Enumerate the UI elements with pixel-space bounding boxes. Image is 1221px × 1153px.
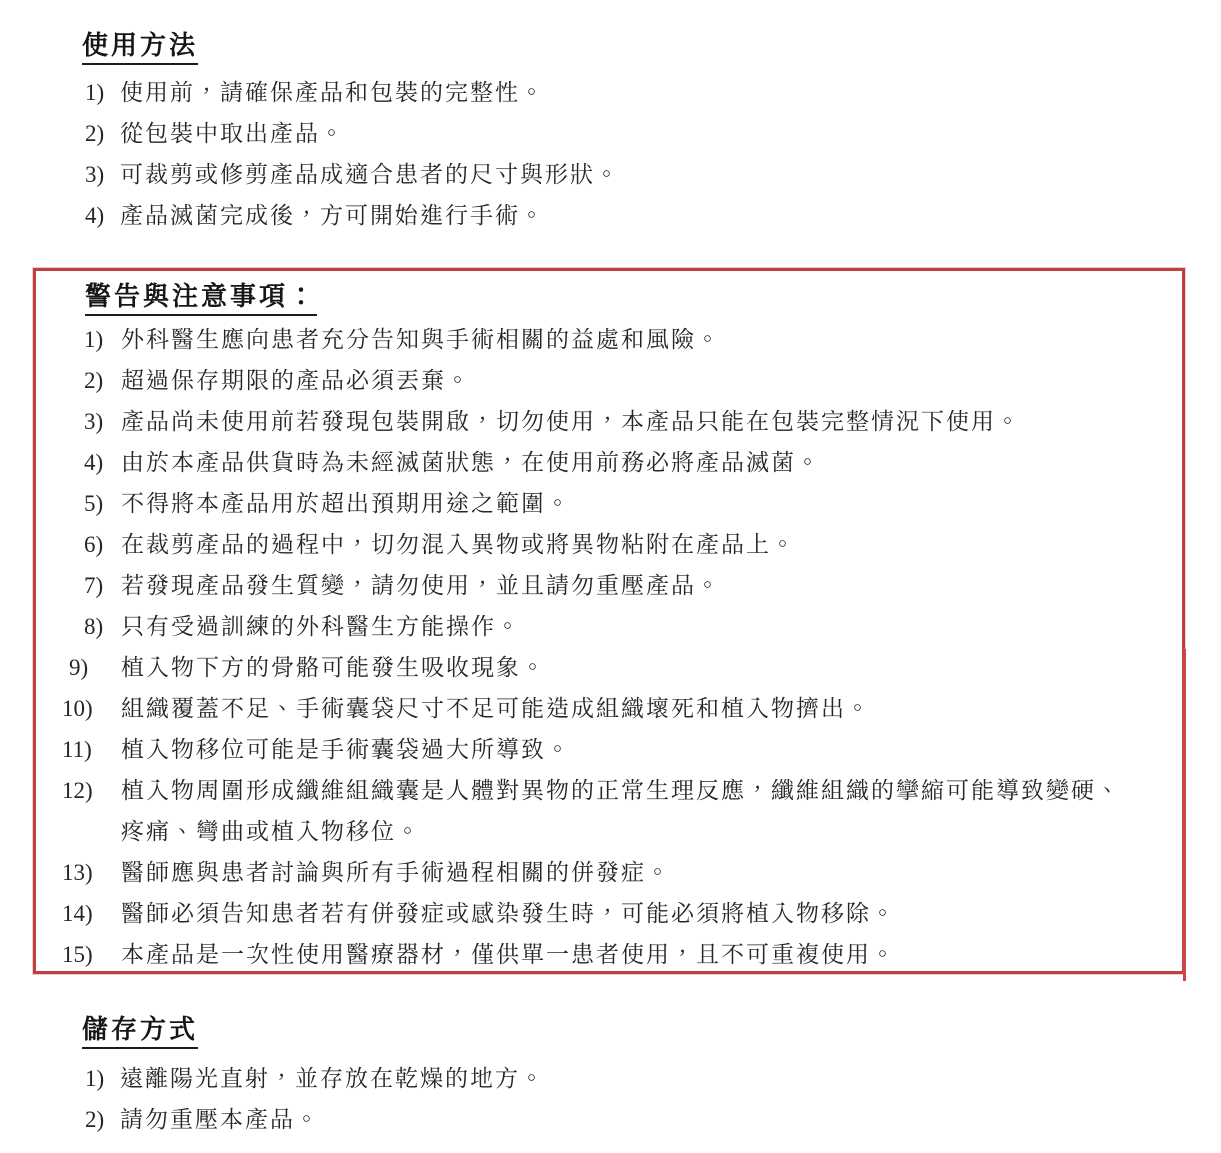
item-text: 遠離陽光直射，並存放在乾燥的地方。 xyxy=(120,1066,545,1091)
item-number: 2) xyxy=(85,113,104,154)
item-text: 外科醫生應向患者充分告知與手術相關的益處和風險。 xyxy=(121,327,721,352)
list-item: 2) 從包裝中取出產品。 xyxy=(0,113,1221,154)
warning-box-border-seam xyxy=(1183,649,1186,981)
item-text: 植入物移位可能是手術囊袋過大所導致。 xyxy=(121,737,571,762)
list-item: 15) 本產品是一次性使用醫療器材，僅供單一患者使用，且不可重複使用。 xyxy=(36,934,1182,975)
usage-list: 1) 使用前，請確保產品和包裝的完整性。 2) 從包裝中取出產品。 3) 可裁剪… xyxy=(0,72,1221,236)
item-number: 14) xyxy=(62,893,93,934)
item-number: 8) xyxy=(84,606,103,647)
item-number: 4) xyxy=(85,195,104,236)
usage-heading: 使用方法 xyxy=(82,28,1221,64)
document-page: 使用方法 1) 使用前，請確保產品和包裝的完整性。 2) 從包裝中取出產品。 3… xyxy=(0,0,1221,1153)
item-number: 2) xyxy=(85,1099,104,1140)
item-number: 4) xyxy=(84,442,103,483)
item-number: 13) xyxy=(62,852,93,893)
list-item: 2) 超過保存期限的產品必須丟棄。 xyxy=(36,360,1182,401)
item-text: 若發現產品發生質變，請勿使用，並且請勿重壓產品。 xyxy=(121,573,721,598)
list-item: 1) 外科醫生應向患者充分告知與手術相關的益處和風險。 xyxy=(36,319,1182,360)
list-item: 10) 組織覆蓋不足、手術囊袋尺寸不足可能造成組織壞死和植入物擠出。 xyxy=(36,688,1182,729)
item-text: 由於本產品供貨時為未經滅菌狀態，在使用前務必將產品滅菌。 xyxy=(121,450,821,475)
warning-list: 1) 外科醫生應向患者充分告知與手術相關的益處和風險。 2) 超過保存期限的產品… xyxy=(36,319,1182,975)
list-item: 11) 植入物移位可能是手術囊袋過大所導致。 xyxy=(36,729,1182,770)
storage-heading: 儲存方式 xyxy=(82,1012,1221,1048)
item-number: 15) xyxy=(62,934,93,975)
list-item: 1) 遠離陽光直射，並存放在乾燥的地方。 xyxy=(0,1058,1221,1099)
item-number: 3) xyxy=(85,154,104,195)
list-item: 1) 使用前，請確保產品和包裝的完整性。 xyxy=(0,72,1221,113)
storage-heading-text: 儲存方式 xyxy=(82,1015,198,1049)
item-text: 超過保存期限的產品必須丟棄。 xyxy=(121,368,471,393)
list-item: 4) 由於本產品供貨時為未經滅菌狀態，在使用前務必將產品滅菌。 xyxy=(36,442,1182,483)
list-item: 8) 只有受過訓練的外科醫生方能操作。 xyxy=(36,606,1182,647)
storage-section: 儲存方式 1) 遠離陽光直射，並存放在乾燥的地方。 2) 請勿重壓本產品。 xyxy=(0,1012,1221,1140)
item-number: 3) xyxy=(84,401,103,442)
list-item: 12) 植入物周圍形成纖維組織囊是人體對異物的正常生理反應，纖維組織的攣縮可能導… xyxy=(36,770,1182,852)
list-item: 9) 植入物下方的骨骼可能發生吸收現象。 xyxy=(36,647,1182,688)
item-text: 產品尚未使用前若發現包裝開啟，切勿使用，本產品只能在包裝完整情況下使用。 xyxy=(121,409,1021,434)
list-item: 13) 醫師應與患者討論與所有手術過程相關的併發症。 xyxy=(36,852,1182,893)
list-item: 4) 產品滅菌完成後，方可開始進行手術。 xyxy=(0,195,1221,236)
list-item: 7) 若發現產品發生質變，請勿使用，並且請勿重壓產品。 xyxy=(36,565,1182,606)
list-item: 3) 可裁剪或修剪產品成適合患者的尺寸與形狀。 xyxy=(0,154,1221,195)
item-number: 9) xyxy=(69,647,88,688)
item-number: 1) xyxy=(84,319,103,360)
warning-heading-text: 警告與注意事項： xyxy=(85,282,317,316)
item-text: 組織覆蓋不足、手術囊袋尺寸不足可能造成組織壞死和植入物擠出。 xyxy=(121,696,871,721)
warning-box: 警告與注意事項： 1) 外科醫生應向患者充分告知與手術相關的益處和風險。 2) … xyxy=(33,268,1185,974)
item-text: 只有受過訓練的外科醫生方能操作。 xyxy=(121,614,521,639)
item-number: 6) xyxy=(84,524,103,565)
item-number: 5) xyxy=(84,483,103,524)
list-item: 5) 不得將本產品用於超出預期用途之範圍。 xyxy=(36,483,1182,524)
item-text: 不得將本產品用於超出預期用途之範圍。 xyxy=(121,491,571,516)
usage-heading-text: 使用方法 xyxy=(82,31,198,65)
item-text: 醫師應與患者討論與所有手術過程相關的併發症。 xyxy=(121,860,671,885)
list-item: 6) 在裁剪產品的過程中，切勿混入異物或將異物粘附在產品上。 xyxy=(36,524,1182,565)
item-text: 在裁剪產品的過程中，切勿混入異物或將異物粘附在產品上。 xyxy=(121,532,796,557)
item-text: 植入物下方的骨骼可能發生吸收現象。 xyxy=(121,655,546,680)
list-item: 2) 請勿重壓本產品。 xyxy=(0,1099,1221,1140)
item-text: 可裁剪或修剪產品成適合患者的尺寸與形狀。 xyxy=(120,162,620,187)
warning-heading: 警告與注意事項： xyxy=(85,279,1182,315)
item-number: 7) xyxy=(84,565,103,606)
item-text: 產品滅菌完成後，方可開始進行手術。 xyxy=(120,203,545,228)
list-item: 14) 醫師必須告知患者若有併發症或感染發生時，可能必須將植入物移除。 xyxy=(36,893,1182,934)
item-text: 從包裝中取出產品。 xyxy=(120,121,345,146)
item-text: 植入物周圍形成纖維組織囊是人體對異物的正常生理反應，纖維組織的攣縮可能導致變硬、… xyxy=(121,778,1121,844)
item-text: 請勿重壓本產品。 xyxy=(120,1107,320,1132)
item-number: 10) xyxy=(62,688,93,729)
item-text: 醫師必須告知患者若有併發症或感染發生時，可能必須將植入物移除。 xyxy=(121,901,896,926)
list-item: 3) 產品尚未使用前若發現包裝開啟，切勿使用，本產品只能在包裝完整情況下使用。 xyxy=(36,401,1182,442)
item-number: 12) xyxy=(62,770,93,811)
usage-section: 使用方法 1) 使用前，請確保產品和包裝的完整性。 2) 從包裝中取出產品。 3… xyxy=(0,28,1221,236)
item-text: 使用前，請確保產品和包裝的完整性。 xyxy=(120,80,545,105)
storage-list: 1) 遠離陽光直射，並存放在乾燥的地方。 2) 請勿重壓本產品。 xyxy=(0,1058,1221,1140)
item-number: 11) xyxy=(62,729,92,770)
item-number: 1) xyxy=(85,1058,104,1099)
item-number: 2) xyxy=(84,360,103,401)
item-number: 1) xyxy=(85,72,104,113)
item-text: 本產品是一次性使用醫療器材，僅供單一患者使用，且不可重複使用。 xyxy=(121,942,896,967)
